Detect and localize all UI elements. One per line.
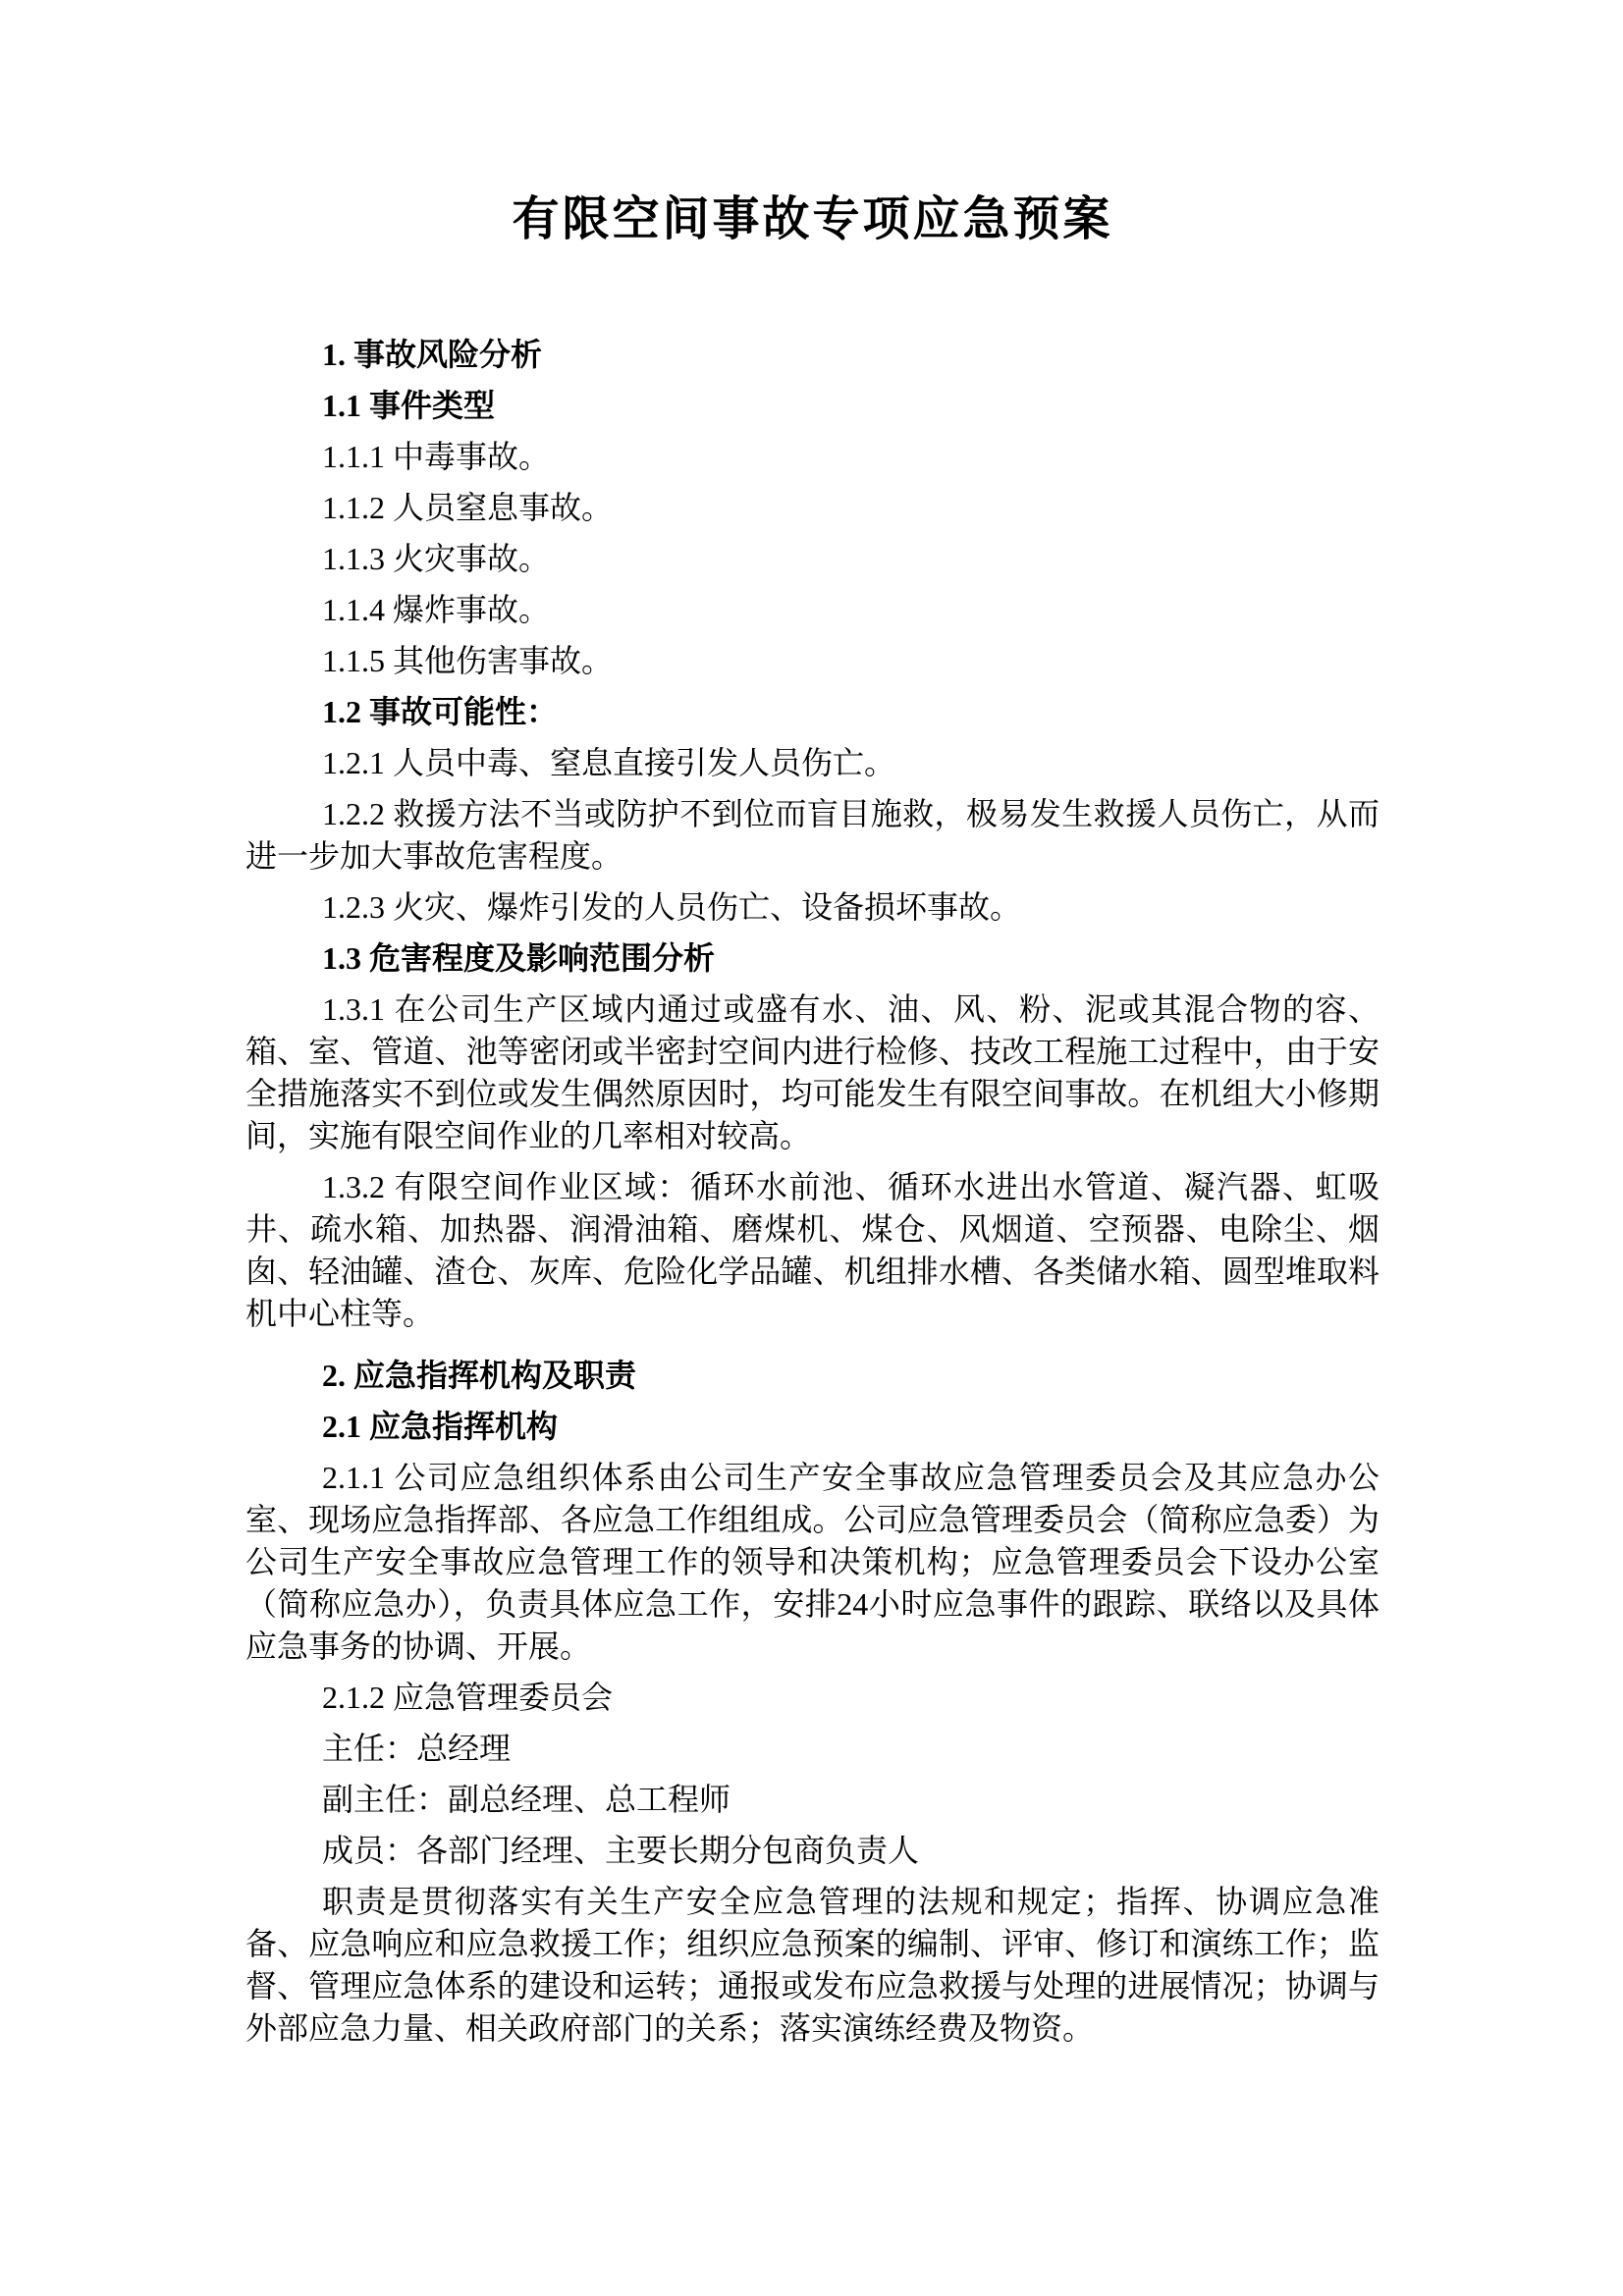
para-1-1-4-explosion: 1.1.4 爆炸事故。 bbox=[245, 589, 1380, 631]
para-committee-members: 成员：各部门经理、主要长期分包商负责人 bbox=[245, 1830, 1380, 1872]
para-2-1-1: 2.1.1 公司应急组织体系由公司生产安全事故应急管理委员会及其应急办公室、现场… bbox=[245, 1457, 1380, 1668]
para-1-2-1: 1.2.1 人员中毒、窒息直接引发人员伤亡。 bbox=[245, 742, 1380, 784]
heading-2-1-command-organization: 2.1 应急指挥机构 bbox=[245, 1406, 1380, 1448]
document-page: 有限空间事故专项应急预案 1. 事故风险分析 1.1 事件类型 1.1.1 中毒… bbox=[0, 0, 1623, 2296]
heading-1-1-event-types: 1.1 事件类型 bbox=[245, 385, 1380, 427]
heading-1-3-hazard-scope-analysis: 1.3 危害程度及影响范围分析 bbox=[245, 937, 1380, 980]
para-1-3-1: 1.3.1 在公司生产区域内通过或盛有水、油、风、粉、泥或其混合物的容、箱、室、… bbox=[245, 988, 1380, 1157]
para-1-3-2: 1.3.2 有限空间作业区域：循环水前池、循环水进出水管道、凝汽器、虹吸井、疏水… bbox=[245, 1166, 1380, 1335]
para-1-2-2: 1.2.2 救援方法不当或防护不到位而盲目施救，极易发生救援人员伤亡，从而进一步… bbox=[245, 793, 1380, 878]
para-1-1-2-asphyxiation: 1.1.2 人员窒息事故。 bbox=[245, 487, 1380, 529]
para-committee-duties: 职责是贯彻落实有关生产安全应急管理的法规和规定；指挥、协调应急准备、应急响应和应… bbox=[245, 1881, 1380, 2050]
heading-2-command-organization-duties: 2. 应急指挥机构及职责 bbox=[245, 1355, 1380, 1397]
para-1-1-1-poisoning: 1.1.1 中毒事故。 bbox=[245, 436, 1380, 478]
para-1-1-5-other-injury: 1.1.5 其他伤害事故。 bbox=[245, 640, 1380, 682]
para-1-1-3-fire: 1.1.3 火灾事故。 bbox=[245, 538, 1380, 580]
para-committee-deputy-directors: 副主任：副总经理、总工程师 bbox=[245, 1779, 1380, 1821]
para-committee-director: 主任：总经理 bbox=[245, 1728, 1380, 1770]
document-title: 有限空间事故专项应急预案 bbox=[245, 192, 1380, 247]
para-1-2-3: 1.2.3 火灾、爆炸引发的人员伤亡、设备损坏事故。 bbox=[245, 886, 1380, 929]
para-2-1-2-committee: 2.1.2 应急管理委员会 bbox=[245, 1677, 1380, 1719]
heading-1-2-accident-possibility: 1.2 事故可能性： bbox=[245, 691, 1380, 733]
heading-1-accident-risk-analysis: 1. 事故风险分析 bbox=[245, 334, 1380, 376]
